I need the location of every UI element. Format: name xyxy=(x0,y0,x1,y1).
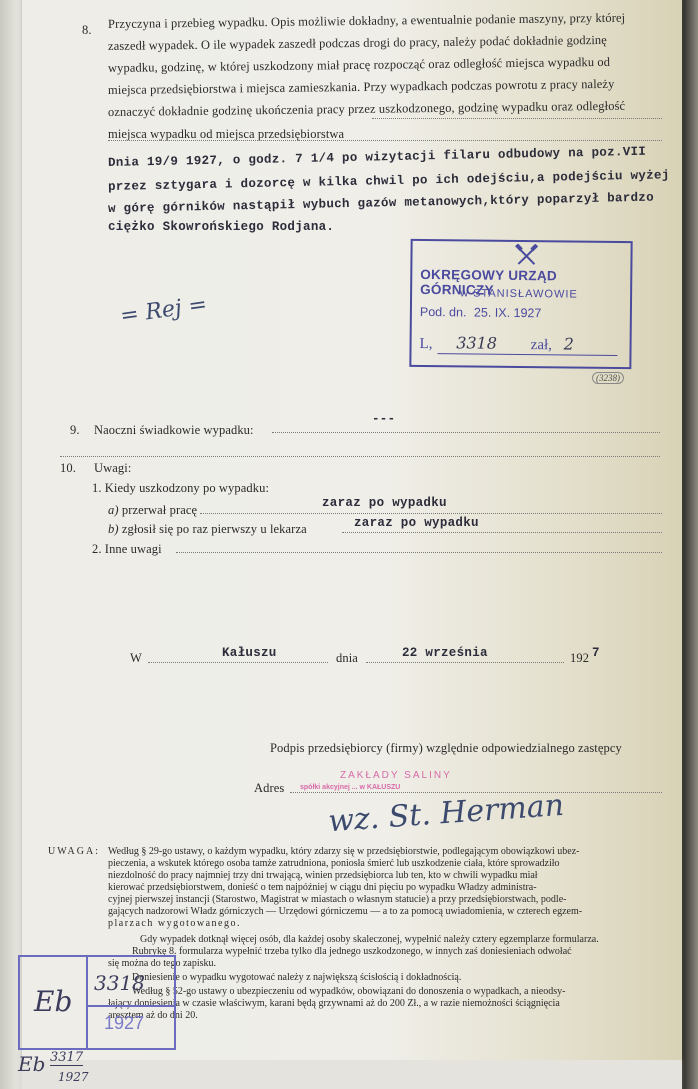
uwaga-para3: Doniesienie o wypadku wygotować należy z… xyxy=(132,972,461,984)
section10-q1a-value: zaraz po wypadku xyxy=(322,496,447,510)
section10-q1a-label: przerwał pracę xyxy=(122,503,197,517)
archive-stamp-hline xyxy=(88,1005,174,1007)
place-w-label: W xyxy=(130,648,142,669)
section10-q1a-dotted-line xyxy=(200,513,662,514)
place-value: Kałuszu xyxy=(222,646,277,660)
stamp-attachment-label: zał, xyxy=(531,337,552,353)
uwaga-para2-line1: Gdy wypadek dotknął więcej osób, dla każ… xyxy=(140,934,599,946)
section9-label: Naoczni świadkowie wypadku: xyxy=(94,420,254,441)
company-stamp-line2: spółki akcyjnej ... w KAŁUSZU xyxy=(300,784,400,791)
section9-dotted-line-2 xyxy=(60,456,660,457)
year-suffix: 7 xyxy=(592,646,600,660)
stamp-office-city: w STANISŁAWOWIE xyxy=(460,287,578,300)
stamp-attachment-value: 2 xyxy=(564,334,574,353)
address-label: Adres xyxy=(254,778,284,799)
archive-note-year: 1927 xyxy=(58,1070,89,1084)
section8-number: 8. xyxy=(82,20,92,41)
section8-line6: miejsca wypadku od miejsca przedsiębiors… xyxy=(108,124,344,145)
uwaga-heading: UWAGA: xyxy=(48,846,100,858)
section10-q1b-value: zaraz po wypadku xyxy=(354,516,479,530)
uwaga-line7: plarzach wygotowanego. xyxy=(108,918,241,930)
section10-q1b-dotted-line xyxy=(342,532,662,533)
section9-dotted-line xyxy=(272,432,660,433)
section10-q1a: a) przerwał pracę xyxy=(108,500,197,521)
mining-office-stamp: OKRĘGOWY URZĄD GÓRNICZY w STANISŁAWOWIE … xyxy=(409,239,632,369)
place-dotted-line xyxy=(148,662,328,663)
section8-dotted-line-2 xyxy=(108,140,662,141)
stamp-number-value: 3318 xyxy=(456,333,497,352)
section10-q1b: b) zgłosił się po raz pierwszy u lekarza xyxy=(108,519,307,540)
section8-dotted-line xyxy=(372,118,662,119)
uwaga-line3: niezdolność do pracy najmniej trzy dni t… xyxy=(108,870,538,882)
year-prefix: 192 xyxy=(570,648,589,669)
section10-q1-label: 1. Kiedy uszkodzony po wypadku: xyxy=(92,478,269,499)
section10-q2-label: 2. Inne uwagi xyxy=(92,539,162,560)
uwaga-para4-line1: Według § 52-go ustawy o ubezpieczeniu od… xyxy=(132,986,565,998)
section10-q1b-prefix: b) xyxy=(108,522,119,536)
date-value: 22 września xyxy=(402,646,488,660)
section10-number: 10. xyxy=(60,458,76,479)
stamp-received-date: Pod. dn. 25. IX. 1927 xyxy=(420,305,542,320)
archive-stamp-year: 1927 xyxy=(104,1013,144,1034)
section9-value: --- xyxy=(372,412,395,426)
stamp-number-label: L, xyxy=(419,336,432,352)
uwaga-line2: pieczenia, a wskutek którego osoba tamże… xyxy=(108,858,560,870)
section10-q1a-prefix: a) xyxy=(108,503,119,517)
archive-stamp-divider xyxy=(86,957,88,1048)
uwaga-para2-line2: Rubrykę 8. formularza wypełnić trzeba ty… xyxy=(132,946,572,958)
date-dotted-line xyxy=(366,662,564,663)
uwaga-line4: kierować przedsiębiorstwem, donieść o te… xyxy=(108,882,537,894)
stamp-side-note: (3238) xyxy=(592,372,624,384)
date-dnia-label: dnia xyxy=(336,648,358,669)
section10-label: Uwagi: xyxy=(94,458,131,479)
stamp-received-label: Pod. dn. xyxy=(420,305,467,319)
archive-note-mark: Eb xyxy=(18,1052,45,1076)
uwaga-line1: Według § 29-go ustawy, o każdym wypadku,… xyxy=(108,846,579,858)
stamp-underline xyxy=(437,353,617,356)
archive-note-number: 3317 xyxy=(50,1050,83,1066)
stamp-reference-row: L, 3318 zał, 2 xyxy=(419,333,574,355)
stamp-received-value: 25. IX. 1927 xyxy=(474,306,542,321)
crossed-hammers-icon xyxy=(514,244,538,266)
archive-stamp-number: 3318 xyxy=(94,971,145,995)
archive-stamp: Eb 3318 1927 xyxy=(18,955,176,1050)
archive-stamp-mark: Eb xyxy=(34,985,72,1018)
uwaga-line6: gających nadzorowi Władz górniczych — Ur… xyxy=(108,906,582,918)
section10-q1b-label: zgłosił się po raz pierwszy u lekarza xyxy=(122,522,307,536)
signature-label: Podpis przedsiębiorcy (firmy) względnie … xyxy=(270,738,622,759)
company-stamp-line1: ZAKŁADY SALINY xyxy=(340,770,452,781)
bottom-page-strip xyxy=(22,1060,682,1089)
uwaga-line5: cyjnej pierwszej instancji (Starostwo, M… xyxy=(108,894,566,906)
section10-q2-dotted-line xyxy=(176,552,662,553)
section8-typed-line4: ciężko Skowrońskiego Rodjana. xyxy=(108,220,334,234)
section9-number: 9. xyxy=(70,420,80,441)
